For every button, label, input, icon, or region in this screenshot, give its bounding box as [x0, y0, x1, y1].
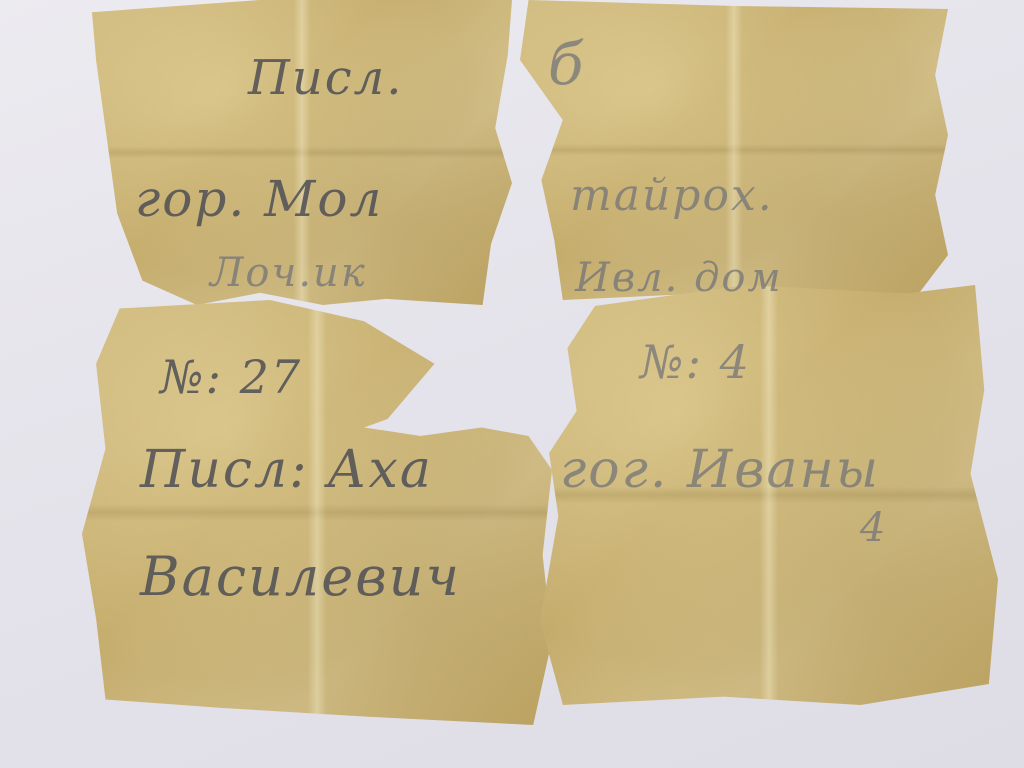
handwriting-line: Писл.: [248, 50, 403, 106]
handwriting-line: тайрох.: [570, 170, 774, 221]
handwriting-line: гог. Иваны: [560, 440, 880, 500]
handwriting-line: 4: [860, 505, 887, 551]
handwriting-line: Писл: Аха: [140, 440, 433, 500]
handwriting-line: б: [548, 30, 585, 98]
paper-fragment-bottom-left: [82, 300, 552, 725]
handwriting-line: Василевич: [140, 545, 461, 608]
photo: Писл. гор. Мол Лоч.ик б тайрох. Ивл. дом…: [0, 0, 1024, 768]
handwriting-line: Лоч.ик: [210, 250, 367, 296]
handwriting-line: №: 27: [160, 350, 302, 404]
handwriting-line: №: 4: [640, 335, 751, 389]
handwriting-line: Ивл. дом: [575, 255, 783, 301]
handwriting-line: гор. Мол: [135, 170, 383, 228]
